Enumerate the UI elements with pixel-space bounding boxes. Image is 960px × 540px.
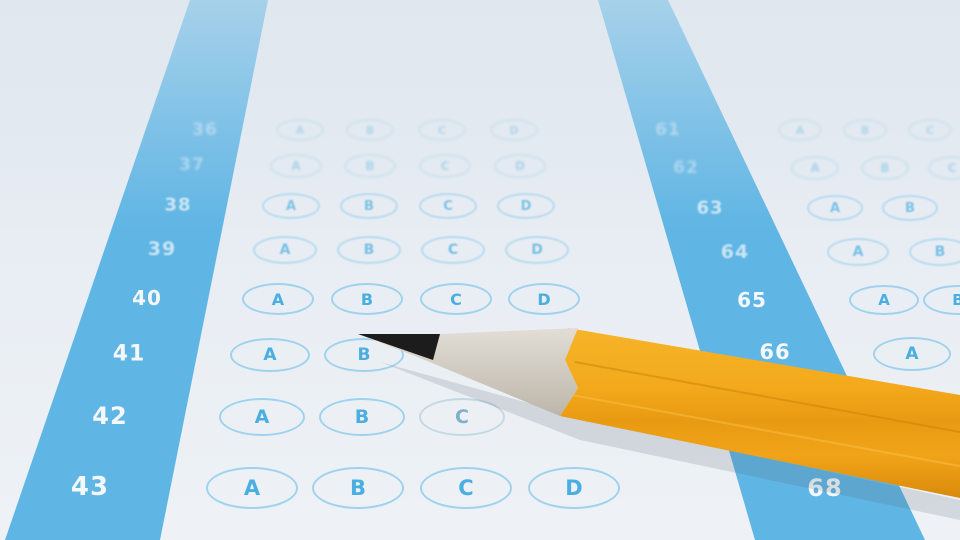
answer-bubble[interactable]: D xyxy=(490,119,538,141)
answer-bubble[interactable]: D xyxy=(528,467,620,509)
answer-bubble[interactable]: B xyxy=(843,119,887,141)
question-number: 40 xyxy=(132,286,162,310)
answer-bubble[interactable]: C xyxy=(908,119,952,141)
answer-bubble[interactable]: B xyxy=(340,193,398,219)
answer-bubble[interactable]: D xyxy=(508,283,580,315)
answer-bubble[interactable]: B xyxy=(337,236,401,264)
answer-bubble[interactable]: A xyxy=(253,236,317,264)
answer-bubble[interactable]: A xyxy=(827,238,889,266)
question-number: 38 xyxy=(164,195,191,216)
answer-bubble[interactable]: D xyxy=(497,193,555,219)
answer-bubble[interactable]: B xyxy=(331,283,403,315)
question-number: 62 xyxy=(673,158,699,178)
answer-bubble[interactable]: C xyxy=(419,193,477,219)
answer-sheet-photo: 36 37 38 39 40 41 42 43 A B C D A B C D … xyxy=(0,0,960,540)
question-number: 64 xyxy=(721,241,749,263)
answer-bubble[interactable]: C xyxy=(419,154,471,178)
answer-bubble[interactable]: C xyxy=(420,283,492,315)
answer-bubble[interactable]: C xyxy=(418,119,466,141)
question-number: 61 xyxy=(655,120,681,140)
question-number: 41 xyxy=(113,342,146,367)
answer-bubble[interactable]: A xyxy=(807,195,863,221)
answer-bubble[interactable]: D xyxy=(505,236,569,264)
question-number: 63 xyxy=(696,198,723,219)
answer-bubble[interactable]: D xyxy=(494,154,546,178)
question-number: 68 xyxy=(807,474,842,502)
answer-bubble[interactable]: C xyxy=(419,398,505,436)
question-number: 42 xyxy=(92,402,127,430)
answer-bubble[interactable]: A xyxy=(270,154,322,178)
answer-bubble[interactable]: A xyxy=(791,156,839,180)
answer-bubble[interactable]: B xyxy=(324,338,404,372)
answer-bubble[interactable]: B xyxy=(346,119,394,141)
answer-bubble[interactable]: A xyxy=(778,119,822,141)
answer-bubble[interactable]: B xyxy=(344,154,396,178)
question-number: 65 xyxy=(737,288,767,312)
answer-bubble[interactable]: B xyxy=(923,285,960,315)
question-number: 43 xyxy=(71,472,109,502)
question-number: 37 xyxy=(179,155,205,175)
answer-bubble[interactable]: A xyxy=(242,283,314,315)
answer-bubble[interactable]: B xyxy=(882,195,938,221)
answer-bubble[interactable]: A xyxy=(230,338,310,372)
answer-bubble[interactable]: C xyxy=(420,467,512,509)
question-number: 39 xyxy=(148,238,176,260)
answer-bubble[interactable]: C xyxy=(928,156,960,180)
answer-bubble[interactable]: A xyxy=(849,285,919,315)
answer-bubble[interactable]: A xyxy=(206,467,298,509)
answer-bubble[interactable]: A xyxy=(262,193,320,219)
answer-bubble[interactable]: B xyxy=(909,238,960,266)
answer-bubble[interactable]: A xyxy=(873,337,951,371)
answer-bubble[interactable]: B xyxy=(319,398,405,436)
answer-bubble[interactable]: B xyxy=(312,467,404,509)
question-number: 66 xyxy=(759,340,790,364)
answer-bubble[interactable]: B xyxy=(861,156,909,180)
answer-bubble[interactable]: A xyxy=(276,119,324,141)
question-number: 36 xyxy=(192,120,218,140)
answer-bubble[interactable]: C xyxy=(421,236,485,264)
answer-bubble[interactable]: A xyxy=(219,398,305,436)
